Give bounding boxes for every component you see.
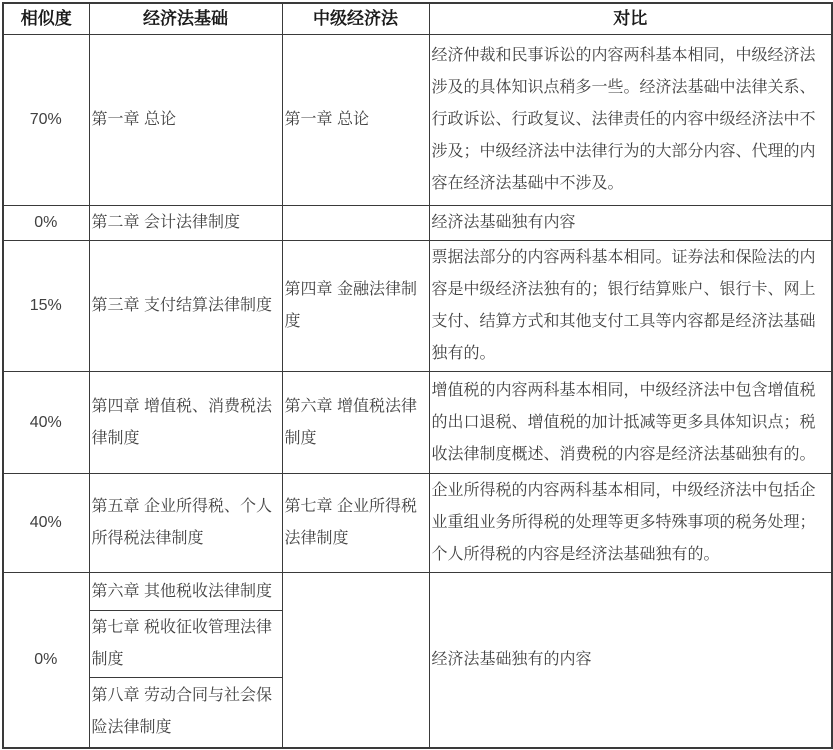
comparison-cell: 增值税的内容两科基本相同，中级经济法中包含增值税的出口退税、增值税的加计抵减等更…	[429, 372, 832, 474]
comparison-cell: 经济仲裁和民事诉讼的内容两科基本相同，中级经济法涉及的具体知识点稍多一些。经济法…	[429, 35, 832, 206]
header-row: 相似度 经济法基础 中级经济法 对比	[3, 3, 832, 35]
basic-chapter-cell: 第二章 会计法律制度	[89, 206, 282, 241]
intermediate-chapter-cell: 第一章 总论	[282, 35, 429, 206]
comparison-cell: 经济法基础独有的内容	[429, 573, 832, 748]
basic-chapter-cell: 第七章 税收征收管理法律制度	[89, 611, 282, 678]
table-row: 40% 第五章 企业所得税、个人所得税法律制度 第七章 企业所得税法律制度 企业…	[3, 474, 832, 573]
intermediate-chapter-cell	[282, 206, 429, 241]
similarity-cell: 15%	[3, 241, 89, 372]
similarity-cell: 40%	[3, 372, 89, 474]
intermediate-chapter-cell: 第七章 企业所得税法律制度	[282, 474, 429, 573]
similarity-cell: 0%	[3, 573, 89, 748]
intermediate-chapter-cell: 第六章 增值税法律制度	[282, 372, 429, 474]
basic-chapter-cell: 第一章 总论	[89, 35, 282, 206]
table-row: 70% 第一章 总论 第一章 总论 经济仲裁和民事诉讼的内容两科基本相同，中级经…	[3, 35, 832, 206]
similarity-cell: 40%	[3, 474, 89, 573]
basic-chapter-cell: 第八章 劳动合同与社会保险法律制度	[89, 678, 282, 748]
column-header-comparison: 对比	[429, 3, 832, 35]
comparison-cell: 票据法部分的内容两科基本相同。证券法和保险法的内容是中级经济法独有的；银行结算账…	[429, 241, 832, 372]
comparison-cell: 企业所得税的内容两科基本相同，中级经济法中包括企业重组业务所得税的处理等更多特殊…	[429, 474, 832, 573]
intermediate-chapter-cell: 第四章 金融法律制度	[282, 241, 429, 372]
table-row: 0% 第六章 其他税收法律制度 经济法基础独有的内容	[3, 573, 832, 611]
column-header-similarity: 相似度	[3, 3, 89, 35]
basic-chapter-cell: 第四章 增值税、消费税法律制度	[89, 372, 282, 474]
basic-chapter-cell: 第三章 支付结算法律制度	[89, 241, 282, 372]
basic-chapter-cell: 第六章 其他税收法律制度	[89, 573, 282, 611]
basic-chapter-cell: 第五章 企业所得税、个人所得税法律制度	[89, 474, 282, 573]
intermediate-chapter-cell	[282, 573, 429, 748]
column-header-basic-economic-law: 经济法基础	[89, 3, 282, 35]
column-header-intermediate-economic-law: 中级经济法	[282, 3, 429, 35]
table-row: 40% 第四章 增值税、消费税法律制度 第六章 增值税法律制度 增值税的内容两科…	[3, 372, 832, 474]
similarity-cell: 0%	[3, 206, 89, 241]
comparison-cell: 经济法基础独有内容	[429, 206, 832, 241]
table-row: 0% 第二章 会计法律制度 经济法基础独有内容	[3, 206, 832, 241]
similarity-cell: 70%	[3, 35, 89, 206]
table-row: 15% 第三章 支付结算法律制度 第四章 金融法律制度 票据法部分的内容两科基本…	[3, 241, 832, 372]
comparison-table: 相似度 经济法基础 中级经济法 对比 70% 第一章 总论 第一章 总论 经济仲…	[2, 2, 833, 749]
